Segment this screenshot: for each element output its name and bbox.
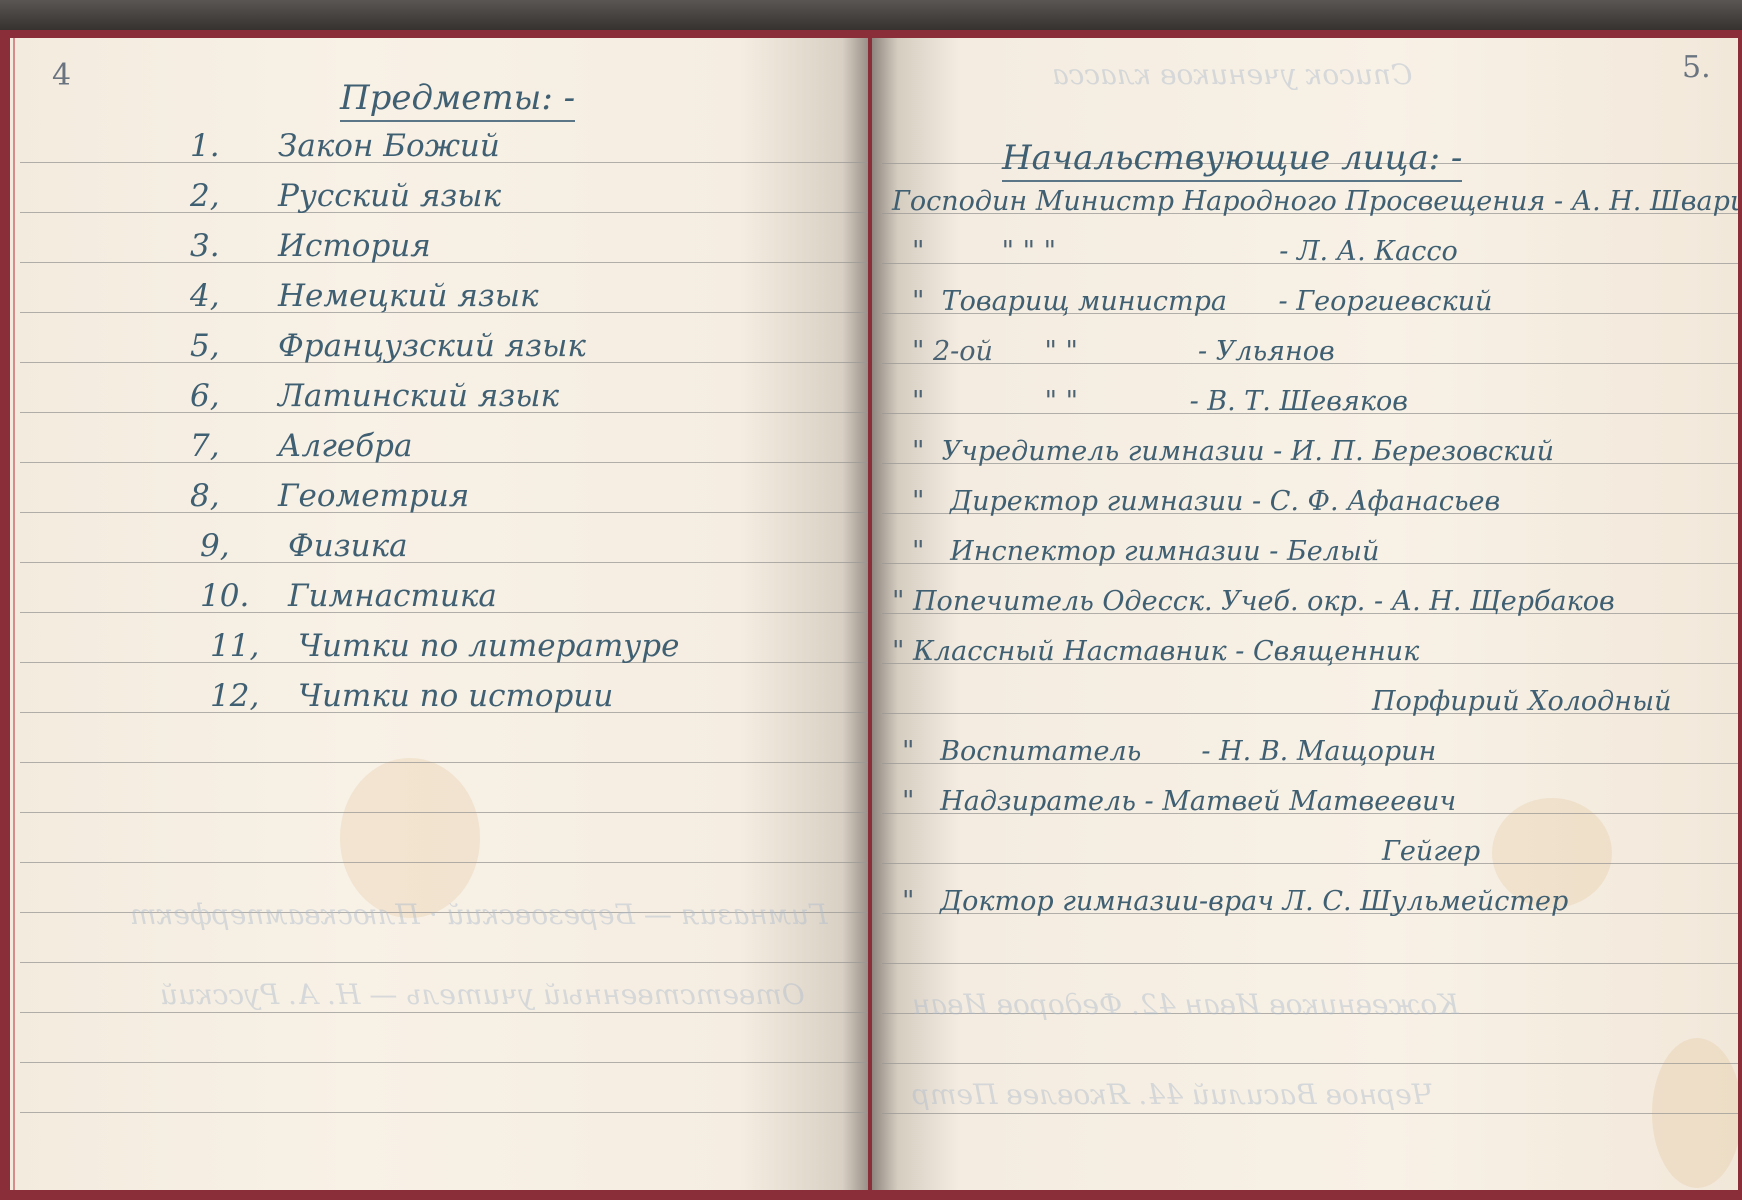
ruled-line <box>20 1112 868 1113</box>
official-role: Учредитель гимназии <box>942 436 1265 467</box>
page-number: 5. <box>1682 50 1711 85</box>
subject-name: Геометрия <box>278 478 469 514</box>
subject-name: Латинский язык <box>278 378 559 414</box>
subject-item: 4,Немецкий язык <box>190 278 539 314</box>
margin-line <box>13 38 15 1190</box>
item-number: 4, <box>190 278 278 314</box>
item-number: 6, <box>190 378 278 414</box>
official-name: Гейгер <box>1382 836 1480 867</box>
item-number: 7, <box>190 428 278 464</box>
official-row: " Воспитатель - Н. В. Мащорин <box>902 736 1436 767</box>
item-number: 10. <box>200 578 288 614</box>
official-row-continuation: Порфирий Холодный <box>1372 686 1671 717</box>
official-row: " Учредитель гимназии - И. П. Березовски… <box>912 436 1554 467</box>
official-name: - С. Ф. Афанасьев <box>1252 486 1500 517</box>
official-name: - Ульянов <box>1198 336 1335 367</box>
subject-item: 7,Алгебра <box>190 428 412 464</box>
subject-name: Читки по истории <box>298 678 613 714</box>
bleed-through-text: Гимназия — Березовский · Плюсквамперфект <box>130 898 828 931</box>
ditto-mark: " <box>912 286 924 317</box>
bleed-through-text: Ответственный учитель — Н. А. Русский <box>160 978 805 1011</box>
left-page: Гимназия — Березовский · Плюсквамперфект… <box>10 38 868 1190</box>
official-row: " Надзиратель - Матвей Матвеевич <box>902 786 1456 817</box>
official-row: Господин Министр Народного Просвещения -… <box>892 186 1738 217</box>
right-page: Список учеников класса Кожевников Иван 4… <box>872 38 1738 1190</box>
official-row: " 2-ой " " - Ульянов <box>912 336 1335 367</box>
official-name: - А. Н. Шварц <box>1554 186 1738 217</box>
subject-name: Немецкий язык <box>278 278 539 314</box>
ruled-line <box>20 862 868 863</box>
official-name: - И. П. Березовский <box>1273 436 1554 467</box>
official-name: - Л. А. Кассо <box>1279 236 1458 267</box>
official-row: " " " " - Л. А. Кассо <box>912 236 1458 267</box>
page-number: 4 <box>52 58 71 93</box>
item-number: 9, <box>200 528 288 564</box>
ruled-line <box>20 812 868 813</box>
official-name: - А. Н. Щербаков <box>1374 586 1615 617</box>
ditto-mark: " <box>912 236 924 267</box>
ditto-mark: " <box>902 736 914 767</box>
item-number: 11, <box>210 628 298 664</box>
official-role: " " <box>1044 336 1077 367</box>
ruled-line <box>20 1062 868 1063</box>
official-name: - Белый <box>1269 536 1379 567</box>
page-title: Начальствующие лица: - <box>1002 138 1462 182</box>
subject-name: Физика <box>288 528 408 564</box>
subject-name: Русский язык <box>278 178 501 214</box>
ruled-line <box>20 562 868 563</box>
ditto-mark: " <box>912 386 924 417</box>
ruled-line <box>20 462 868 463</box>
ruled-line <box>882 963 1738 964</box>
ditto-mark: " 2-ой <box>912 336 993 367</box>
subject-item: 12,Читки по истории <box>210 678 613 714</box>
item-number: 12, <box>210 678 298 714</box>
official-name: - В. Т. Шевяков <box>1190 386 1408 417</box>
ditto-mark: " <box>912 536 924 567</box>
ruled-line <box>20 1012 868 1013</box>
subject-name: Алгебра <box>278 428 412 464</box>
official-role: Доктор гимназии-врач <box>940 886 1274 917</box>
official-role: Господин Министр Народного Просвещения <box>892 186 1545 217</box>
subject-name: Гимнастика <box>288 578 497 614</box>
subject-item: 11,Читки по литературе <box>210 628 679 664</box>
item-number: 1. <box>190 128 278 164</box>
ditto-mark: " <box>902 786 914 817</box>
subject-name: Французский язык <box>278 328 586 364</box>
official-row: " Классный Наставник - Священник <box>892 636 1419 667</box>
official-name: Порфирий Холодный <box>1372 686 1671 717</box>
subject-item: 3.История <box>190 228 431 264</box>
official-row: " Директор гимназии - С. Ф. Афанасьев <box>912 486 1500 517</box>
ditto-mark: " <box>912 436 924 467</box>
item-number: 5, <box>190 328 278 364</box>
subject-name: История <box>278 228 431 264</box>
official-role: " " <box>1045 386 1078 417</box>
official-name: Л. С. Шульмейстер <box>1283 886 1569 917</box>
official-role: Директор гимназии <box>950 486 1243 517</box>
ditto-mark: " <box>912 486 924 517</box>
official-name: - Священник <box>1235 636 1419 667</box>
subject-item: 9,Физика <box>200 528 408 564</box>
official-name: - Н. В. Мащорин <box>1201 736 1436 767</box>
ditto-mark: " <box>892 586 904 617</box>
official-role: Надзиратель <box>940 786 1136 817</box>
item-number: 8, <box>190 478 278 514</box>
official-row: " Инспектор гимназии - Белый <box>912 536 1379 567</box>
subject-item: 5,Французский язык <box>190 328 586 364</box>
official-name: - Георгиевский <box>1279 286 1493 317</box>
official-role: Инспектор гимназии <box>950 536 1260 567</box>
page-title: Предметы: - <box>340 78 575 122</box>
item-number: 2, <box>190 178 278 214</box>
subject-item: 6,Латинский язык <box>190 378 559 414</box>
bleed-through-text: Кожевников Иван 42. Федоров Иван <box>912 988 1459 1021</box>
ditto-mark: " <box>902 886 914 917</box>
subject-name: Закон Божий <box>278 128 500 164</box>
official-name: - Матвей Матвеевич <box>1145 786 1457 817</box>
official-row-continuation: Гейгер <box>1382 836 1480 867</box>
bleed-through-text: Список учеников класса <box>1052 58 1412 91</box>
official-row: " " " - В. Т. Шевяков <box>912 386 1408 417</box>
subject-item: 1.Закон Божий <box>190 128 500 164</box>
official-role: Товарищ министра <box>942 286 1227 317</box>
ruled-line <box>20 762 868 763</box>
paper-stain <box>340 758 480 918</box>
ruled-line <box>882 1063 1738 1064</box>
ruled-line <box>882 1113 1738 1114</box>
subject-item: 8,Геометрия <box>190 478 469 514</box>
subject-item: 10.Гимнастика <box>200 578 497 614</box>
official-row: " Доктор гимназии-врач Л. С. Шульмейстер <box>902 886 1568 917</box>
official-role: Воспитатель <box>940 736 1141 767</box>
subject-name: Читки по литературе <box>298 628 679 664</box>
ruled-line <box>882 863 1738 864</box>
official-role: Попечитель Одесск. Учеб. окр. <box>913 586 1365 617</box>
subject-item: 2,Русский язык <box>190 178 501 214</box>
official-row: " Попечитель Одесск. Учеб. окр. - А. Н. … <box>892 586 1615 617</box>
ruled-line <box>20 962 868 963</box>
bleed-through-text: Чернов Василий 44. Яковлев Петр <box>912 1078 1433 1111</box>
ditto-mark: " <box>892 636 904 667</box>
official-row: " Товарищ министра - Георгиевский <box>912 286 1492 317</box>
item-number: 3. <box>190 228 278 264</box>
official-role: " " " <box>1002 236 1056 267</box>
ruled-line <box>20 262 868 263</box>
official-role: Классный Наставник <box>913 636 1227 667</box>
